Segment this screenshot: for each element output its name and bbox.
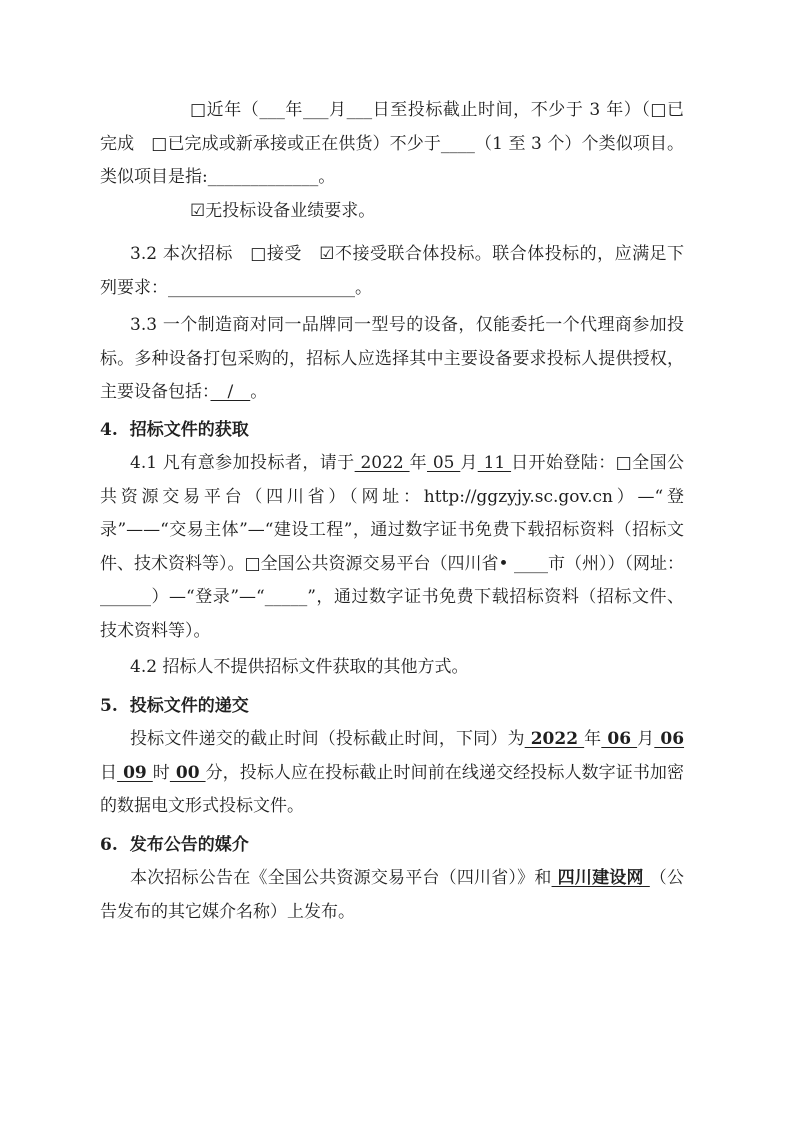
heading-number: 5. — [100, 696, 118, 716]
filled-day-value: 11 — [478, 453, 511, 473]
heading-title: 投标文件的递交 — [130, 696, 249, 716]
para-5-deadline: 投标文件递交的截止时间（投标截止时间，下同）为 2022 年 06 月 06 日… — [100, 723, 684, 824]
heading-number: 4. — [100, 420, 118, 440]
text-run: 3.3 一个制造商对同一品牌同一型号的设备，仅能委托一个代理商参加投标。多种设备… — [100, 315, 684, 402]
text-run: 年 — [584, 729, 601, 749]
text-run: 4.2 招标人不提供招标文件获取的其他方式。 — [130, 657, 468, 677]
para-bid-experience: □近年（___年___月___日至投标截止时间，不少于 3 年）（□已完成 □已… — [100, 94, 684, 195]
deadline-year-value: 2022 — [525, 729, 584, 749]
checkbox-checked-icon: ☑ — [190, 201, 205, 221]
heading-5-submission: 5.投标文件的递交 — [100, 690, 684, 724]
checkbox-unchecked-icon: □ — [245, 554, 261, 574]
media-name-value: 四川建设网 — [552, 868, 650, 888]
text-run: 接受 — [267, 244, 319, 264]
para-4-2-no-other-way: 4.2 招标人不提供招标文件获取的其他方式。 — [100, 651, 684, 685]
text-run: 。 — [355, 278, 372, 298]
para-3-3-manufacturer: 3.3 一个制造商对同一品牌同一型号的设备，仅能委托一个代理商参加投标。多种设备… — [100, 309, 684, 410]
checkbox-unchecked-icon: □ — [250, 244, 267, 264]
deadline-day-value: 06 — [654, 729, 684, 749]
filled-year-value: 2022 — [355, 453, 410, 473]
text-run: 时 — [153, 763, 170, 783]
checkbox-unchecked-icon: □ — [151, 134, 167, 154]
deadline-minute-value: 00 — [170, 763, 206, 783]
heading-number: 6. — [100, 835, 118, 855]
text-run: 4.1 凡有意参加投标者，请于 — [130, 453, 355, 473]
text-run: 日 — [100, 763, 117, 783]
filled-month-value: 05 — [427, 453, 460, 473]
text-run: 3.2 本次招标 — [130, 244, 250, 264]
heading-title: 发布公告的媒介 — [130, 835, 249, 855]
checkbox-unchecked-icon: □ — [616, 453, 633, 473]
text-run: 年 — [410, 453, 427, 473]
checkbox-checked-icon: ☑ — [319, 244, 334, 264]
checkbox-unchecked-icon: □ — [190, 100, 207, 120]
blank-underline: ______________________ — [168, 278, 355, 298]
blank-underline: / — [211, 382, 251, 402]
text-run: 无投标设备业绩要求。 — [205, 201, 375, 221]
para-4-1-registration: 4.1 凡有意参加投标者，请于 2022 年 05 月 11 日开始登陆：□全国… — [100, 447, 684, 648]
heading-4-obtaining-documents: 4.招标文件的获取 — [100, 414, 684, 448]
text-run: 投标文件递交的截止时间（投标截止时间，下同）为 — [130, 729, 525, 749]
para-3-2-consortium: 3.2 本次招标 □接受 ☑不接受联合体投标。联合体投标的，应满足下列要求：__… — [100, 238, 684, 305]
text-run: 已完成或新承接或正在供货）不少于____（1 至 3 个）个类似项目。类似项目是… — [100, 134, 684, 188]
heading-title: 招标文件的获取 — [130, 420, 249, 440]
deadline-hour-value: 09 — [117, 763, 153, 783]
para-no-equipment-requirement: ☑无投标设备业绩要求。 — [100, 195, 684, 229]
text-run: 日开始登陆： — [511, 453, 616, 473]
para-6-announcement: 本次招标公告在《全国公共资源交易平台（四川省）》和 四川建设网 （公告发布的其它… — [100, 862, 684, 929]
deadline-month-value: 06 — [601, 729, 637, 749]
text-run: 本次招标公告在《全国公共资源交易平台（四川省）》和 — [130, 868, 552, 888]
text-run: 月 — [637, 729, 654, 749]
document-page: □近年（___年___月___日至投标截止时间，不少于 3 年）（□已完成 □已… — [0, 0, 794, 1123]
text-run: 近年（___年___月___日至投标截止时间，不少于 3 年）（ — [207, 100, 651, 120]
checkbox-unchecked-icon: □ — [650, 100, 667, 120]
text-run: 月 — [460, 453, 477, 473]
text-run: 。 — [250, 382, 267, 402]
heading-6-media: 6.发布公告的媒介 — [100, 829, 684, 863]
